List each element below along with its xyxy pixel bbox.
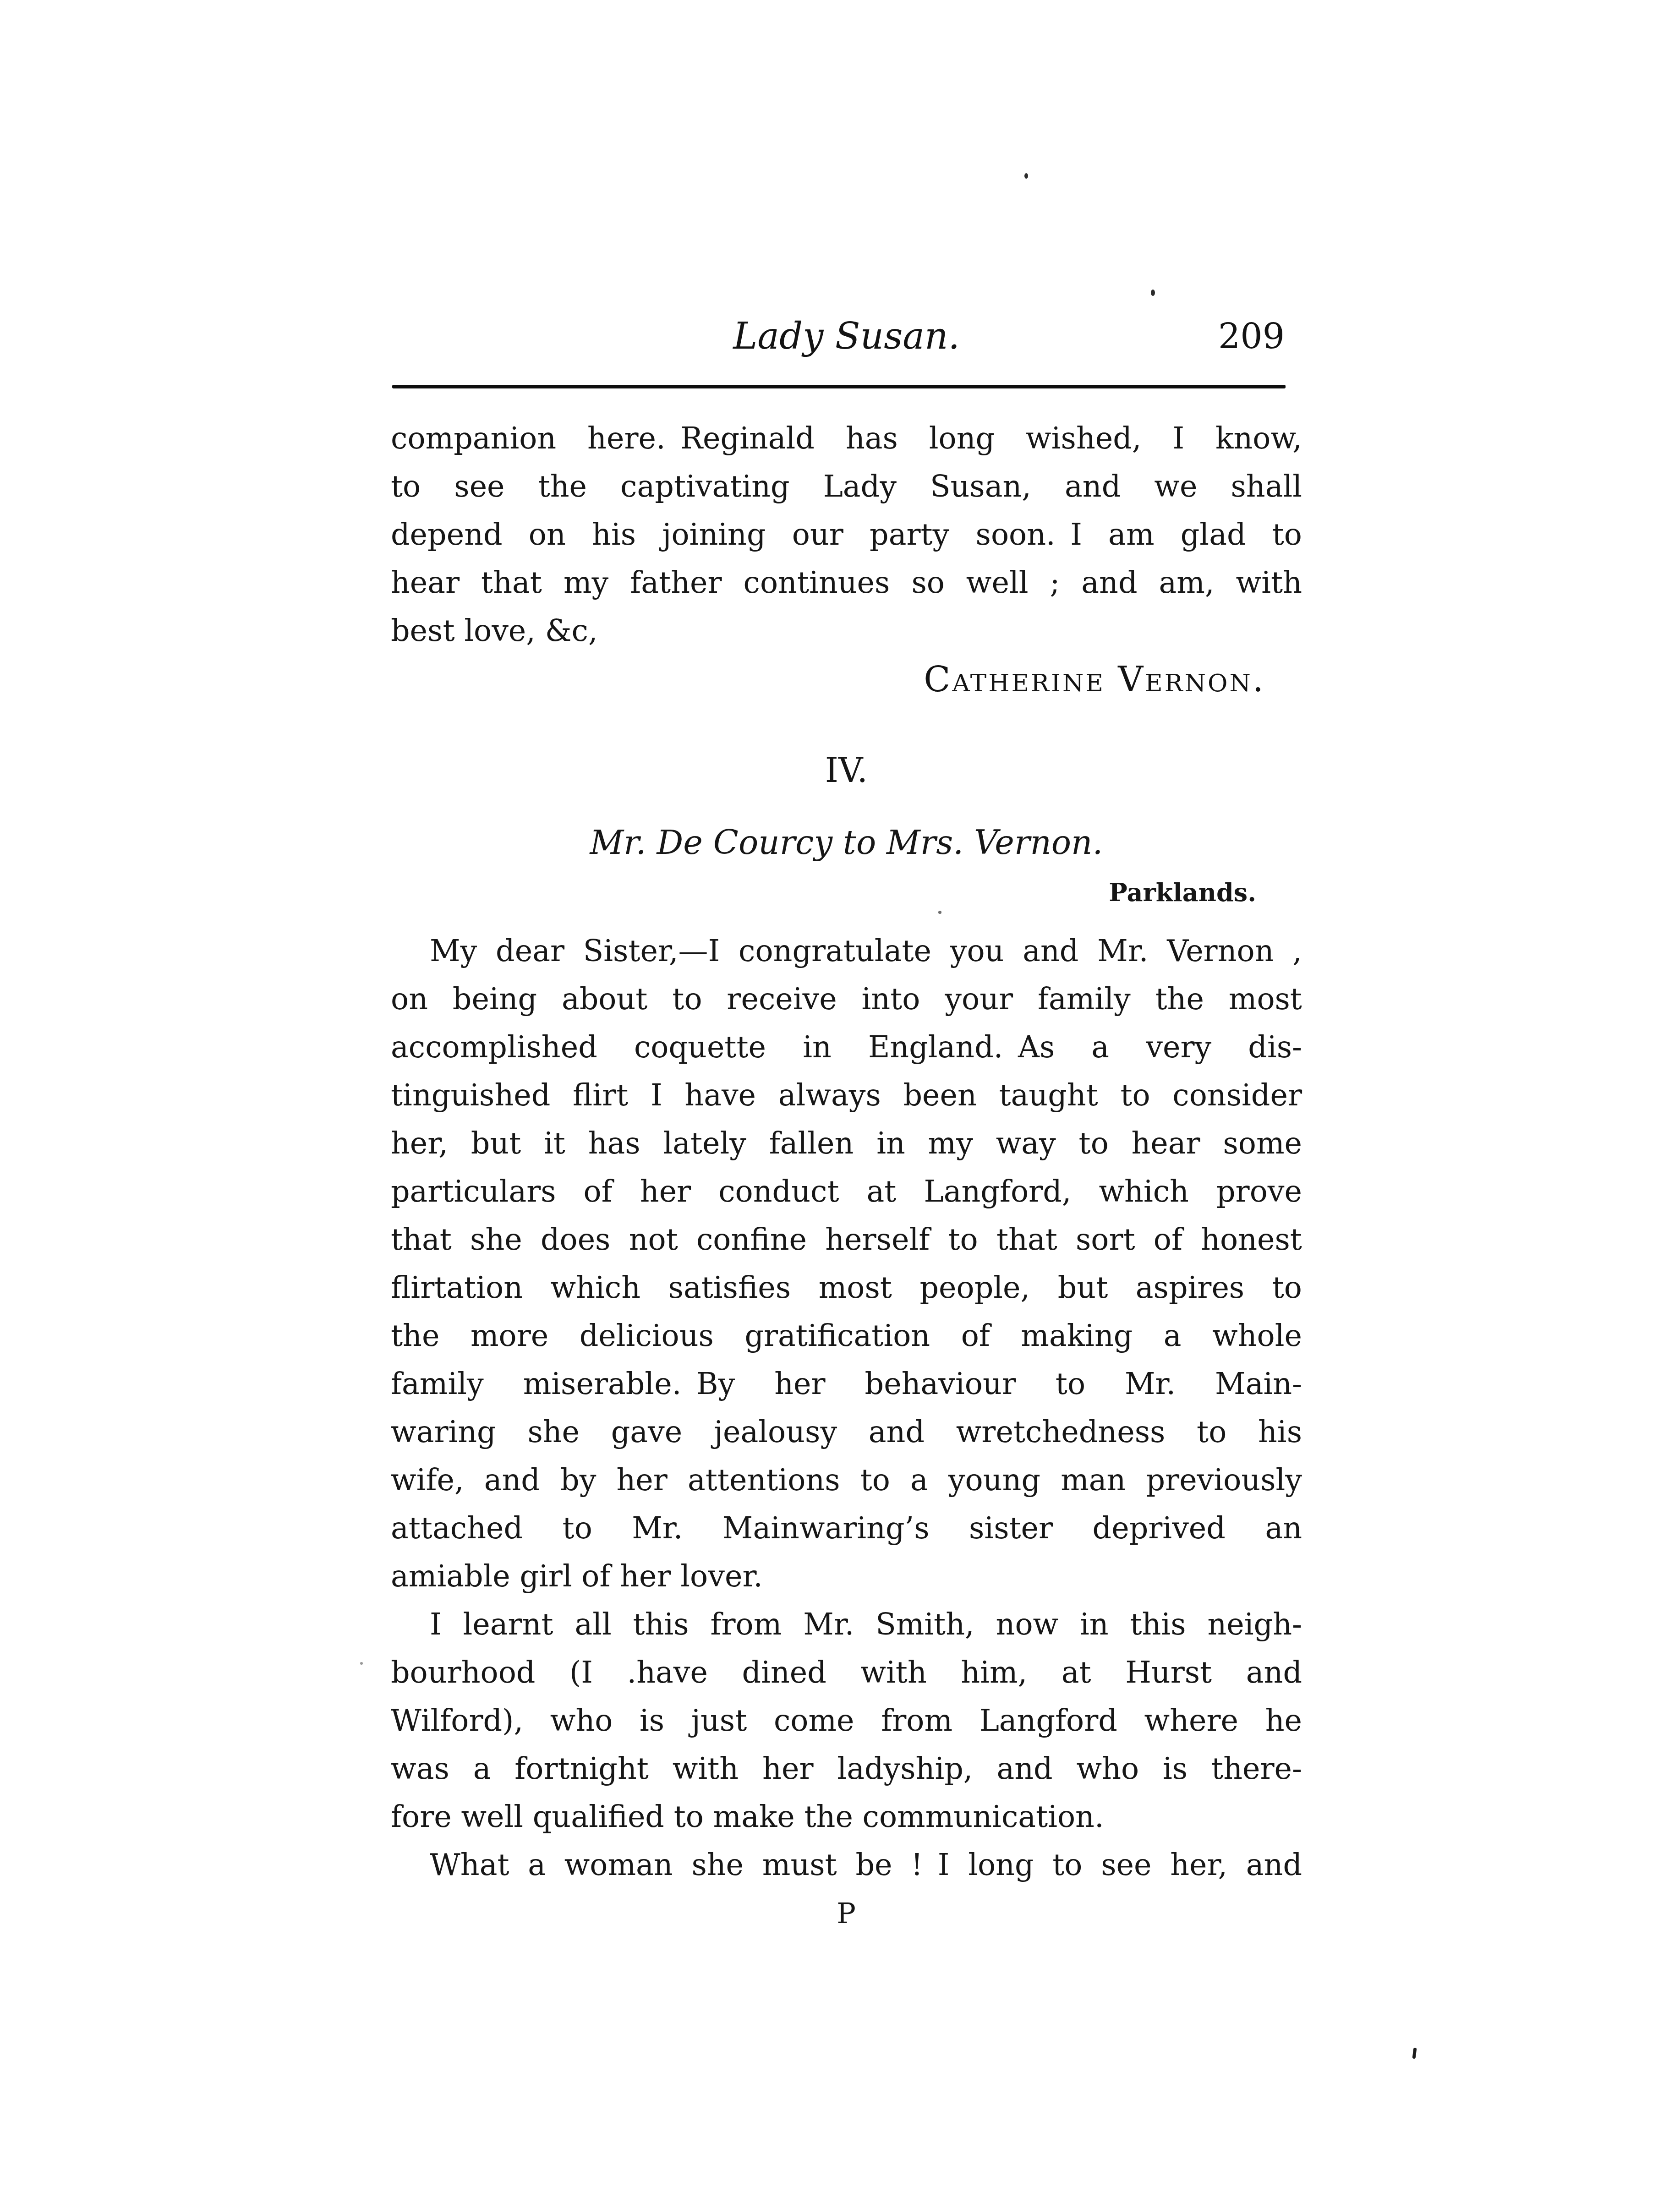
body-line: particulars of her conduct at Langford, … bbox=[391, 1168, 1302, 1216]
body-line: Wilford), who is just come from Langford… bbox=[391, 1697, 1302, 1745]
body-line: family miserable. By her behaviour to Mr… bbox=[391, 1360, 1302, 1408]
letter-signature: Catherine Vernon. bbox=[391, 655, 1302, 703]
page-number: 209 bbox=[1218, 310, 1285, 362]
body-line: that she does not confine herself to tha… bbox=[391, 1216, 1302, 1264]
scan-speck bbox=[360, 1662, 363, 1665]
page: Lady Susan. 209 companion here. Reginald… bbox=[0, 0, 1680, 2203]
letter4-paragraph-3: What a woman she must be ! I long to see… bbox=[391, 1841, 1302, 1889]
scan-speck bbox=[938, 911, 941, 914]
text-column: companion here. Reginald has long wished… bbox=[391, 415, 1302, 1937]
body-line: depend on his joining our party soon. I … bbox=[391, 511, 1302, 559]
letter-place: Parklands. bbox=[391, 876, 1302, 908]
body-line: on being about to receive into your fami… bbox=[391, 975, 1302, 1023]
body-line: the more delicious gratification of maki… bbox=[391, 1312, 1302, 1360]
body-line: flirtation which satisfies most people, … bbox=[391, 1264, 1302, 1312]
body-line: her, but it has lately fallen in my way … bbox=[391, 1120, 1302, 1168]
letter4-paragraph-2: I learnt all this from Mr. Smith, now in… bbox=[391, 1601, 1302, 1841]
scan-mark bbox=[1412, 2048, 1417, 2059]
body-line: tinguished flirt I have always been taug… bbox=[391, 1071, 1302, 1120]
scanned-book-page: { "header": { "title": "Lady Susan.", "p… bbox=[0, 0, 1680, 2203]
body-line: to see the captivating Lady Susan, and w… bbox=[391, 463, 1302, 511]
body-line: bourhood (I .have dined with him, at Hur… bbox=[391, 1649, 1302, 1697]
body-line: amiable girl of her lover. bbox=[391, 1552, 1302, 1601]
body-line: I learnt all this from Mr. Smith, now in… bbox=[391, 1601, 1302, 1649]
running-title: Lady Susan. bbox=[391, 310, 1302, 362]
header-rule bbox=[392, 385, 1286, 388]
body-line: fore well qualified to make the communic… bbox=[391, 1793, 1302, 1841]
body-line: accomplished coquette in England. As a v… bbox=[391, 1023, 1302, 1071]
body-line: My dear Sister,—I congratulate you and M… bbox=[391, 927, 1302, 975]
body-line: What a woman she must be ! I long to see… bbox=[391, 1841, 1302, 1889]
page-header: Lady Susan. 209 bbox=[391, 310, 1302, 362]
printer-signature-mark: P bbox=[391, 1889, 1302, 1937]
letter4-paragraph-1: My dear Sister,—I congratulate you and M… bbox=[391, 927, 1302, 1601]
body-line: waring she gave jealousy and wretchednes… bbox=[391, 1408, 1302, 1456]
scan-speck bbox=[1024, 173, 1028, 179]
body-line: attached to Mr. Mainwaring’s sister depr… bbox=[391, 1504, 1302, 1552]
letter-heading: Mr. De Courcy to Mrs. Vernon. bbox=[391, 819, 1302, 867]
letter-number: IV. bbox=[391, 747, 1302, 795]
body-line: best love, &c, bbox=[391, 607, 1302, 655]
body-line: hear that my father continues so well ; … bbox=[391, 559, 1302, 607]
body-line: wife, and by her attentions to a young m… bbox=[391, 1456, 1302, 1504]
body-line: was a fortnight with her ladyship, and w… bbox=[391, 1745, 1302, 1793]
body-line: companion here. Reginald has long wished… bbox=[391, 415, 1302, 463]
letter3-paragraph: companion here. Reginald has long wished… bbox=[391, 415, 1302, 655]
scan-speck bbox=[1151, 290, 1155, 296]
